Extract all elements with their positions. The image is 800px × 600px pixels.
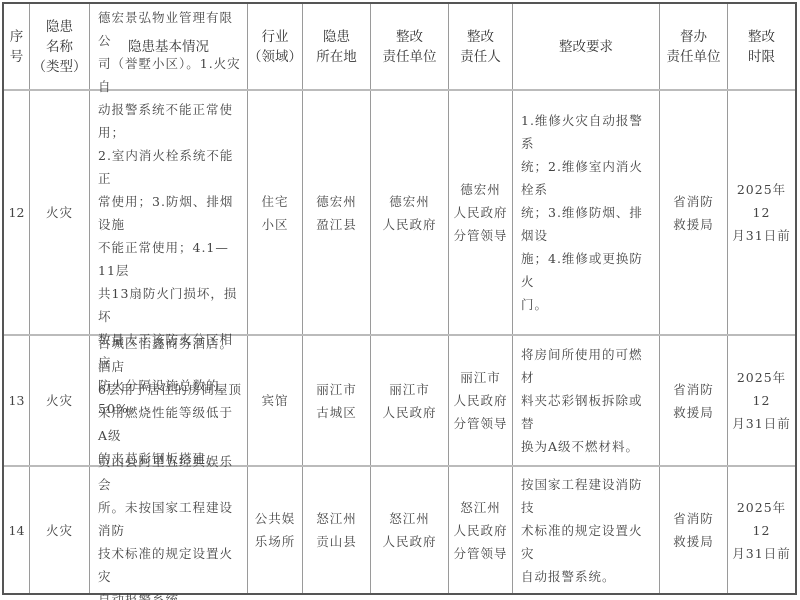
header-responsible-person: 整改 责任人 xyxy=(449,4,512,89)
header-industry: 行业 （领域） xyxy=(248,4,302,89)
hazard-table: 序 号 隐患 名称 （类型） 隐患基本情况 行业 （领域） 隐患 所在地 整改 … xyxy=(2,2,797,595)
row-responsible-unit: 德宏州 人民政府 xyxy=(371,91,448,334)
row-requirement: 1.维修火灾自动报警系 统；2.维修室内消火栓系 统；3.维修防烟、排烟设 施；… xyxy=(513,91,659,334)
row-responsible-person: 怒江州 人民政府 分管领导 xyxy=(449,467,512,593)
row-deadline: 2025年12 月31日前 xyxy=(728,467,795,593)
row-description: 德宏景弘物业管理有限公 司（誉墅小区）。1.火灾自 动报警系统不能正常使用； 2… xyxy=(90,91,247,334)
row-responsible-person: 丽江市 人民政府 分管领导 xyxy=(449,336,512,465)
row-type: 火灾 xyxy=(30,336,89,465)
row-no: 12 xyxy=(4,91,29,334)
header-hazard-name: 隐患 名称 （类型） xyxy=(30,4,89,89)
header-deadline: 整改 时限 xyxy=(728,4,795,89)
row-location: 怒江州 贡山县 xyxy=(303,467,370,593)
header-supervisor: 督办 责任单位 xyxy=(660,4,727,89)
row-type: 火灾 xyxy=(30,467,89,593)
row-requirement: 将房间所使用的可燃材 料夹芯彩钢板拆除或替 换为A级不燃材料。 xyxy=(513,336,659,465)
header-no: 序 号 xyxy=(4,4,29,89)
row-deadline: 2025年12 月31日前 xyxy=(728,336,795,465)
row-responsible-unit: 怒江州 人民政府 xyxy=(371,467,448,593)
header-responsible-unit: 整改 责任单位 xyxy=(371,4,448,89)
row-industry: 宾馆 xyxy=(248,336,302,465)
row-no: 13 xyxy=(4,336,29,465)
row-responsible-unit: 丽江市 人民政府 xyxy=(371,336,448,465)
row-supervisor: 省消防 救援局 xyxy=(660,91,727,334)
header-location: 隐患 所在地 xyxy=(303,4,370,89)
row-description: 贡山县阿里五经典娱乐会 所。未按国家工程建设消防 技术标准的规定设置火灾 自动报… xyxy=(90,467,247,593)
row-industry: 公共娱 乐场所 xyxy=(248,467,302,593)
row-location: 德宏州 盈江县 xyxy=(303,91,370,334)
row-type: 火灾 xyxy=(30,91,89,334)
header-requirement: 整改要求 xyxy=(513,4,659,89)
row-supervisor: 省消防 救援局 xyxy=(660,336,727,465)
row-deadline: 2025年12 月31日前 xyxy=(728,91,795,334)
row-location: 丽江市 古城区 xyxy=(303,336,370,465)
row-description: 古城区怡鑫商务酒店。酒店 6层用于居住的房间屋顶 采用燃烧性能等级低于A级 的夹… xyxy=(90,336,247,465)
row-supervisor: 省消防 救援局 xyxy=(660,467,727,593)
row-no: 14 xyxy=(4,467,29,593)
row-responsible-person: 德宏州 人民政府 分管领导 xyxy=(449,91,512,334)
row-requirement: 按国家工程建设消防技 术标准的规定设置火灾 自动报警系统。 xyxy=(513,467,659,593)
row-industry: 住宅 小区 xyxy=(248,91,302,334)
